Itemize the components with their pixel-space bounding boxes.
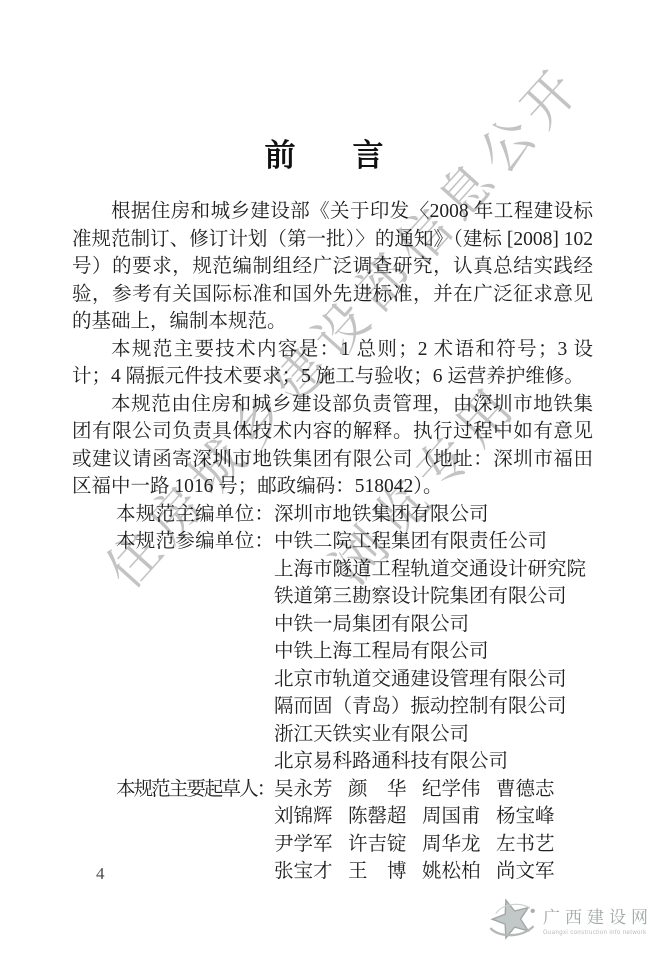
page-title: 前 言	[0, 130, 661, 175]
drafters-label: 本规范主要起草人：	[116, 776, 274, 804]
drafters-row: 本规范主要起草人： 吴永芳 颜 华 纪学伟 曹德志	[72, 776, 593, 804]
chief-editor-row: 本规范主编单位： 深圳市地铁集团有限公司	[72, 501, 593, 529]
drafter-names: 尹学军 许吉锭 周华龙 左书艺	[72, 831, 593, 859]
participating-unit: 北京易科路通科技有限公司	[72, 748, 593, 776]
participating-unit: 浙江天铁实业有限公司	[72, 721, 593, 749]
drafter-name: 尹学军	[274, 831, 333, 859]
drafter-name: 尚文军	[496, 858, 555, 886]
drafter-name: 姚松柏	[422, 858, 481, 886]
drafter-name: 刘锦辉	[274, 803, 333, 831]
drafter-names: 刘锦辉 陈罄超 周国甫 杨宝峰	[72, 803, 593, 831]
document-page: 前 言 根据住房和城乡建设部《关于印发〈2008 年工程建设标准规范制订、修订计…	[0, 0, 661, 958]
drafter-name: 左书艺	[496, 831, 555, 859]
star-swoosh-icon	[485, 892, 539, 946]
chief-editor-value: 深圳市地铁集团有限公司	[274, 501, 593, 529]
drafter-name: 张宝才	[274, 858, 333, 886]
foreword-body: 根据住房和城乡建设部《关于印发〈2008 年工程建设标准规范制订、修订计划（第一…	[72, 198, 593, 886]
participating-unit: 中铁一局集团有限公司	[72, 611, 593, 639]
participating-label: 本规范参编单位：	[116, 528, 274, 556]
drafter-name: 吴永芳	[274, 776, 333, 804]
site-logo: 广西建设网 Guangxi construction info network	[485, 892, 653, 946]
participating-unit: 上海市隧道工程轨道交通设计研究院	[72, 556, 593, 584]
drafter-names: 吴永芳 颜 华 纪学伟 曹德志	[274, 776, 593, 804]
drafter-name: 王 博	[348, 858, 407, 886]
drafter-name: 颜 华	[348, 776, 407, 804]
participating-units-row: 本规范参编单位： 中铁二院工程集团有限责任公司	[72, 528, 593, 556]
logo-tagline: Guangxi construction info network	[543, 930, 653, 936]
participating-unit: 隔而固（青岛）振动控制有限公司	[72, 693, 593, 721]
drafter-name: 杨宝峰	[496, 803, 555, 831]
drafter-name: 纪学伟	[422, 776, 481, 804]
participating-unit: 中铁上海工程局有限公司	[72, 638, 593, 666]
drafter-name: 陈罄超	[348, 803, 407, 831]
page-number: 4	[96, 864, 105, 884]
participating-unit: 中铁二院工程集团有限责任公司	[274, 528, 593, 556]
logo-text: 广西建设网 Guangxi construction info network	[543, 903, 653, 936]
drafter-name: 曹德志	[496, 776, 555, 804]
drafter-names: 张宝才 王 博 姚松柏 尚文军	[72, 858, 593, 886]
participating-unit: 铁道第三勘察设计院集团有限公司	[72, 583, 593, 611]
drafter-name: 周国甫	[422, 803, 481, 831]
paragraph: 本规范由住房和城乡建设部负责管理，由深圳市地铁集团有限公司负责具体技术内容的解释…	[72, 391, 593, 501]
paragraph: 根据住房和城乡建设部《关于印发〈2008 年工程建设标准规范制订、修订计划（第一…	[72, 198, 593, 336]
paragraph: 本规范主要技术内容是：1 总则；2 术语和符号；3 设计；4 隔振元件技术要求；…	[72, 336, 593, 391]
drafter-name: 周华龙	[422, 831, 481, 859]
participating-unit: 北京市轨道交通建设管理有限公司	[72, 666, 593, 694]
chief-editor-label: 本规范主编单位：	[116, 501, 274, 529]
logo-name: 广西建设网	[543, 903, 653, 928]
drafter-name: 许吉锭	[348, 831, 407, 859]
